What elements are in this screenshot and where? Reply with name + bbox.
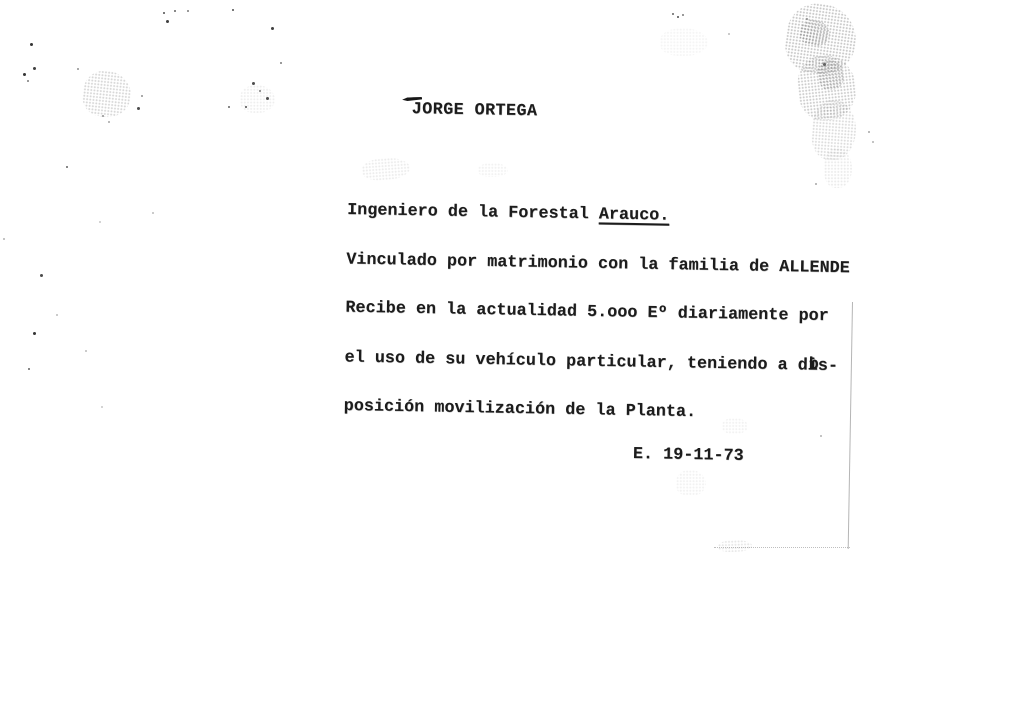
ink-speck (33, 67, 36, 70)
ink-speck (3, 238, 5, 240)
smudge-blob (81, 69, 134, 120)
date-stamp: E. 19-11-73 (633, 447, 883, 468)
ink-speck (166, 20, 169, 23)
ink-speck (77, 68, 79, 70)
ink-speck (677, 16, 679, 18)
ink-speck (23, 73, 26, 76)
ink-speck (101, 406, 103, 408)
vehicle-text: el uso de su vehículo particular, tenien… (344, 348, 808, 375)
underlined-company-name: Arauco. (599, 206, 670, 226)
note-line-occupation: Ingeniero de la Forestal Arauco. (347, 203, 887, 229)
note-line-vehicle: el uso de su vehículo particular, tenien… (344, 350, 884, 376)
ink-speck (141, 95, 143, 97)
overstruck-character: ib (808, 358, 818, 374)
ink-speck (33, 332, 36, 335)
ink-speck (280, 62, 282, 64)
occupation-text: Ingeniero de la Forestal (347, 201, 599, 224)
ink-speck (271, 27, 274, 30)
ink-speck (28, 368, 30, 370)
ink-speck (682, 14, 684, 16)
ink-speck (187, 10, 189, 12)
ink-speck (99, 221, 101, 223)
note-line-planta: posición movilización de la Planta. (344, 399, 884, 425)
ink-speck (232, 9, 234, 11)
card-edge-bottom (714, 547, 850, 549)
ink-speck (672, 13, 674, 15)
ink-speck (108, 121, 110, 123)
ink-speck (40, 274, 43, 277)
ink-speck (728, 33, 730, 35)
ink-speck (56, 314, 58, 316)
ink-speck (152, 212, 154, 214)
ink-speck (228, 106, 230, 108)
smudge-blob (718, 539, 752, 552)
ink-speck (85, 350, 87, 352)
person-name-title: JORGE ORTEGA (348, 79, 889, 168)
scanned-document: JORGE ORTEGA Ingeniero de la Forestal Ar… (0, 0, 1012, 717)
ink-speck (174, 10, 176, 12)
ink-speck (66, 166, 68, 168)
overstrike-over-char: b (808, 358, 818, 374)
ink-speck (163, 12, 165, 14)
smudge-blob (240, 85, 275, 113)
ink-speck (27, 80, 29, 82)
ink-speck (30, 43, 33, 46)
note-line-family: Vinculado por matrimonio con la familia … (346, 253, 886, 279)
person-name-text: JORGE ORTEGA (412, 100, 538, 121)
typewritten-note: JORGE ORTEGA Ingeniero de la Forestal Ar… (342, 46, 890, 500)
ink-speck (137, 107, 140, 110)
note-line-payment: Recibe en la actualidad 5.ooo Eº diariam… (345, 301, 885, 327)
vehicle-text-end: s- (818, 357, 838, 376)
